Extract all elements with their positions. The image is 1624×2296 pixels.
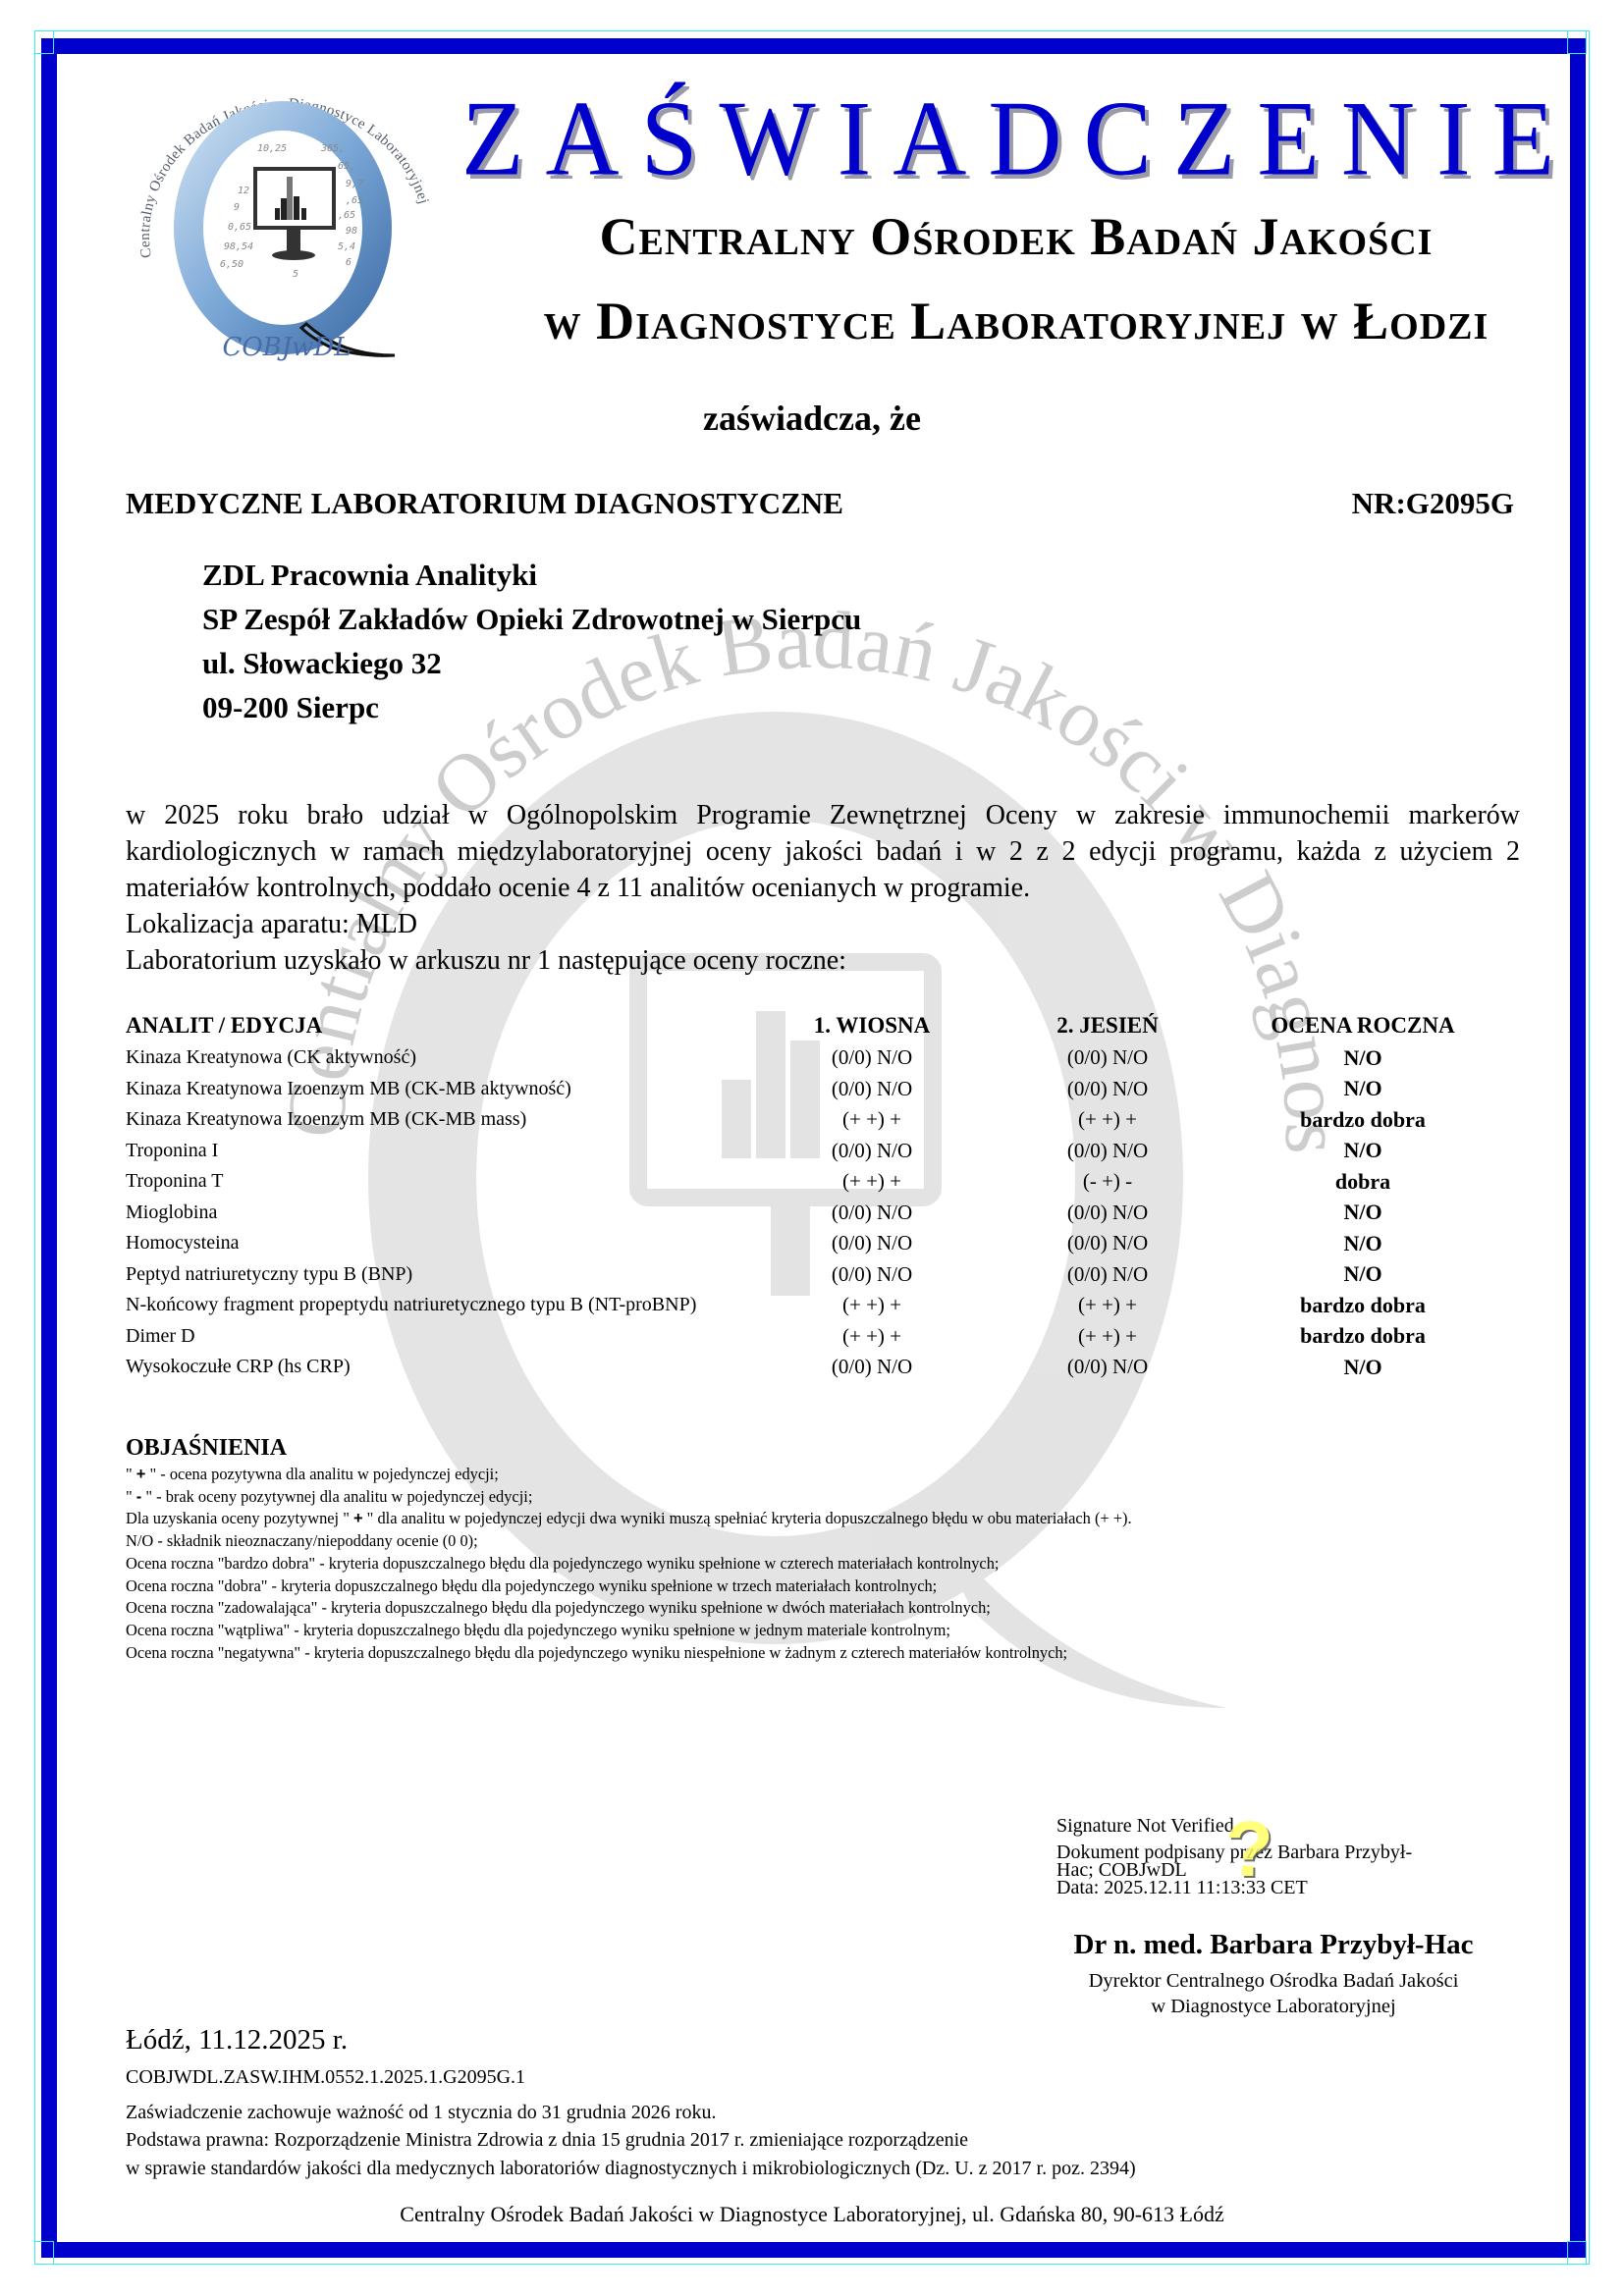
annual-rating-cell: N/O	[1225, 1352, 1500, 1383]
director-name: Dr n. med. Barbara Przybył-Hac	[1043, 1929, 1504, 1961]
spring-result-cell: (0/0) N/O	[754, 1136, 990, 1167]
column-header-annual: OCENA ROCZNA	[1225, 1009, 1500, 1042]
autumn-result-cell: (0/0) N/O	[990, 1042, 1225, 1074]
spring-result-cell: (0/0) N/O	[754, 1074, 990, 1105]
svg-text:365,: 365,	[320, 143, 345, 154]
autumn-result-cell: (+ +) +	[990, 1290, 1225, 1321]
svg-text:98,54: 98,54	[224, 241, 253, 252]
table-row: Homocysteina(0/0) N/O(0/0) N/ON/O	[126, 1228, 1500, 1259]
table-row: Troponina I(0/0) N/O(0/0) N/ON/O	[126, 1136, 1500, 1167]
autumn-result-cell: (0/0) N/O	[990, 1228, 1225, 1259]
spring-result-cell: (0/0) N/O	[754, 1228, 990, 1259]
column-header-spring: 1. WIOSNA	[754, 1009, 990, 1042]
explanation-line: Ocena roczna "bardzo dobra" - kryteria d…	[126, 1553, 1500, 1575]
document-code: COBJWDL.ZASW.IHM.0552.1.2025.1.G2095G.1	[126, 2066, 525, 2089]
table-row: Peptyd natriuretyczny typu B (BNP)(0/0) …	[126, 1259, 1500, 1291]
explanation-positive-rule: Dla uzyskania oceny pozytywnej " + " dla…	[126, 1508, 1500, 1530]
cobjwdl-logo-icon: Centralny Ośrodek Badań Jakości w Diagno…	[110, 61, 463, 375]
table-row: N-końcowy fragment propeptydu natriurety…	[126, 1290, 1500, 1321]
svg-text:9,7: 9,7	[346, 179, 363, 189]
column-header-analyte: ANALIT / EDYCJA	[126, 1009, 754, 1042]
spring-result-cell: (+ +) +	[754, 1104, 990, 1136]
spring-result-cell: (0/0) N/O	[754, 1198, 990, 1229]
explanation-plus: " + " - ocena pozytywna dla analitu w po…	[126, 1464, 1500, 1486]
director-title: Dyrektor Centralnego Ośrodka Badań Jakoś…	[1043, 1968, 1504, 2019]
analyte-cell: Peptyd natriuretyczny typu B (BNP)	[126, 1259, 754, 1291]
svg-text:9: 9	[234, 202, 240, 213]
svg-text:6,50: 6,50	[220, 259, 244, 270]
validity-statement: Zaświadczenie zachowuje ważność od 1 sty…	[126, 2099, 716, 2127]
autumn-result-cell: (0/0) N/O	[990, 1352, 1225, 1383]
certificate-title: ZAŚWIADCZENIE	[461, 78, 1542, 200]
laboratory-type: MEDYCZNE LABORATORIUM DIAGNOSTYCZNE	[126, 486, 843, 521]
annual-rating-cell: N/O	[1225, 1136, 1500, 1167]
participation-paragraph: w 2025 roku brało udział w Ogólnopolskim…	[126, 797, 1520, 906]
spring-result-cell: (0/0) N/O	[754, 1259, 990, 1291]
autumn-result-cell: (+ +) +	[990, 1104, 1225, 1136]
svg-text:12: 12	[238, 186, 249, 196]
analyte-cell: Troponina I	[126, 1136, 754, 1167]
address-line: ul. Słowackiego 32	[202, 641, 861, 685]
address-line: ZDL Pracownia Analityki	[202, 553, 861, 597]
annual-rating-cell: dobra	[1225, 1166, 1500, 1198]
table-row: Kinaza Kreatynowa (CK aktywność)(0/0) N/…	[126, 1042, 1500, 1074]
svg-text:5,4: 5,4	[338, 241, 355, 252]
table-row: Wysokoczułe CRP (hs CRP)(0/0) N/O(0/0) N…	[126, 1352, 1500, 1383]
explanation-line: Ocena roczna "zadowalająca" - kryteria d…	[126, 1597, 1500, 1620]
director-title-line: Dyrektor Centralnego Ośrodka Badań Jakoś…	[1043, 1968, 1504, 1994]
place-and-date: Łódź, 11.12.2025 r.	[126, 2024, 348, 2056]
spring-result-cell: (+ +) +	[754, 1321, 990, 1353]
analyte-cell: Kinaza Kreatynowa Izoenzym MB (CK-MB akt…	[126, 1074, 754, 1105]
table-header-row: ANALIT / EDYCJA 1. WIOSNA 2. JESIEŃ OCEN…	[126, 1009, 1500, 1042]
analyte-cell: N-końcowy fragment propeptydu natriurety…	[126, 1290, 754, 1321]
autumn-result-cell: (- +) -	[990, 1166, 1225, 1198]
question-mark-icon[interactable]: ?	[1225, 1810, 1273, 1889]
explanations-heading: OBJAŚNIENIA	[126, 1435, 1500, 1462]
explanations-section: OBJAŚNIENIA " + " - ocena pozytywna dla …	[126, 1435, 1500, 1664]
analyte-cell: Kinaza Kreatynowa Izoenzym MB (CK-MB mas…	[126, 1104, 754, 1136]
analyte-cell: Homocysteina	[126, 1228, 754, 1259]
annual-rating-cell: N/O	[1225, 1228, 1500, 1259]
organization-address: Centralny Ośrodek Badań Jakości w Diagno…	[0, 2202, 1624, 2227]
frame-corner-mark	[1567, 30, 1587, 54]
svg-text:,65: ,65	[338, 210, 355, 221]
explanation-line: Ocena roczna "dobra" - kryteria dopuszcz…	[126, 1575, 1500, 1598]
svg-text:COBJwDL: COBJwDL	[222, 333, 351, 362]
spring-result-cell: (+ +) +	[754, 1290, 990, 1321]
spring-result-cell: (+ +) +	[754, 1166, 990, 1198]
analyte-cell: Kinaza Kreatynowa (CK aktywność)	[126, 1042, 754, 1074]
explanation-minus: " - " - brak oceny pozytywnej dla analit…	[126, 1486, 1500, 1509]
annual-rating-cell: N/O	[1225, 1198, 1500, 1229]
organization-name-line1: Centralny Ośrodek Badań Jakości	[412, 206, 1620, 267]
laboratory-address: ZDL Pracownia Analityki SP Zespół Zakład…	[202, 553, 861, 729]
participation-statement: w 2025 roku brało udział w Ogólnopolskim…	[126, 797, 1520, 979]
svg-text:6: 6	[346, 257, 352, 268]
address-line: SP Zespół Zakładów Opieki Zdrowotnej w S…	[202, 597, 861, 641]
table-row: Dimer D(+ +) +(+ +) +bardzo dobra	[126, 1321, 1500, 1353]
autumn-result-cell: (0/0) N/O	[990, 1074, 1225, 1105]
table-row: Mioglobina(0/0) N/O(0/0) N/ON/O	[126, 1198, 1500, 1229]
table-row: Troponina T(+ +) +(- +) -dobra	[126, 1166, 1500, 1198]
svg-text:10,25: 10,25	[257, 143, 287, 154]
frame-corner-mark	[34, 30, 54, 54]
annual-rating-cell: N/O	[1225, 1042, 1500, 1074]
device-location: Lokalizacja aparatu: MLD	[126, 906, 1520, 942]
director-title-line: w Diagnostyce Laboratoryjnej	[1043, 1994, 1504, 2019]
column-header-autumn: 2. JESIEŃ	[990, 1009, 1225, 1042]
annual-rating-cell: bardzo dobra	[1225, 1321, 1500, 1353]
table-row: Kinaza Kreatynowa Izoenzym MB (CK-MB akt…	[126, 1074, 1500, 1105]
analyte-cell: Troponina T	[126, 1166, 754, 1198]
annual-rating-cell: bardzo dobra	[1225, 1104, 1500, 1136]
sheet-results-intro: Laboratorium uzyskało w arkuszu nr 1 nas…	[126, 942, 1520, 979]
autumn-result-cell: (0/0) N/O	[990, 1136, 1225, 1167]
svg-text:,65: ,65	[346, 195, 363, 206]
spring-result-cell: (0/0) N/O	[754, 1042, 990, 1074]
legal-basis-line1: Podstawa prawna: Rozporządzenie Ministra…	[126, 2126, 968, 2155]
frame-corner-mark	[1567, 2241, 1587, 2265]
annual-rating-cell: N/O	[1225, 1074, 1500, 1105]
annual-rating-cell: N/O	[1225, 1259, 1500, 1291]
table-row: Kinaza Kreatynowa Izoenzym MB (CK-MB mas…	[126, 1104, 1500, 1136]
autumn-result-cell: (0/0) N/O	[990, 1198, 1225, 1229]
results-table: ANALIT / EDYCJA 1. WIOSNA 2. JESIEŃ OCEN…	[126, 1009, 1500, 1383]
svg-text:5: 5	[293, 269, 298, 280]
address-line: 09-200 Sierpc	[202, 685, 861, 729]
frame-corner-mark	[34, 2241, 54, 2265]
autumn-result-cell: (+ +) +	[990, 1321, 1225, 1353]
explanation-line: Ocena roczna "wątpliwa" - kryteria dopus…	[126, 1620, 1500, 1642]
annual-rating-cell: bardzo dobra	[1225, 1290, 1500, 1321]
analyte-cell: Mioglobina	[126, 1198, 754, 1229]
autumn-result-cell: (0/0) N/O	[990, 1259, 1225, 1291]
analyte-cell: Wysokoczułe CRP (hs CRP)	[126, 1352, 754, 1383]
explanation-line: Ocena roczna "negatywna" - kryteria dopu…	[126, 1642, 1500, 1665]
explanation-line: N/O - składnik nieoznaczany/niepoddany o…	[126, 1530, 1500, 1553]
organization-name-line2: w Diagnostyce Laboratoryjnej w Łodzi	[412, 291, 1620, 351]
certifies-text: zaświadcza, że	[0, 398, 1624, 439]
svg-text:98: 98	[346, 226, 357, 237]
svg-text:0,65: 0,65	[228, 222, 251, 233]
spring-result-cell: (0/0) N/O	[754, 1352, 990, 1383]
laboratory-number: NR:G2095G	[1352, 486, 1514, 521]
analyte-cell: Dimer D	[126, 1321, 754, 1353]
legal-basis-line2: w sprawie standardów jakości dla medyczn…	[126, 2155, 1136, 2183]
svg-text:65,: 65,	[338, 161, 355, 172]
